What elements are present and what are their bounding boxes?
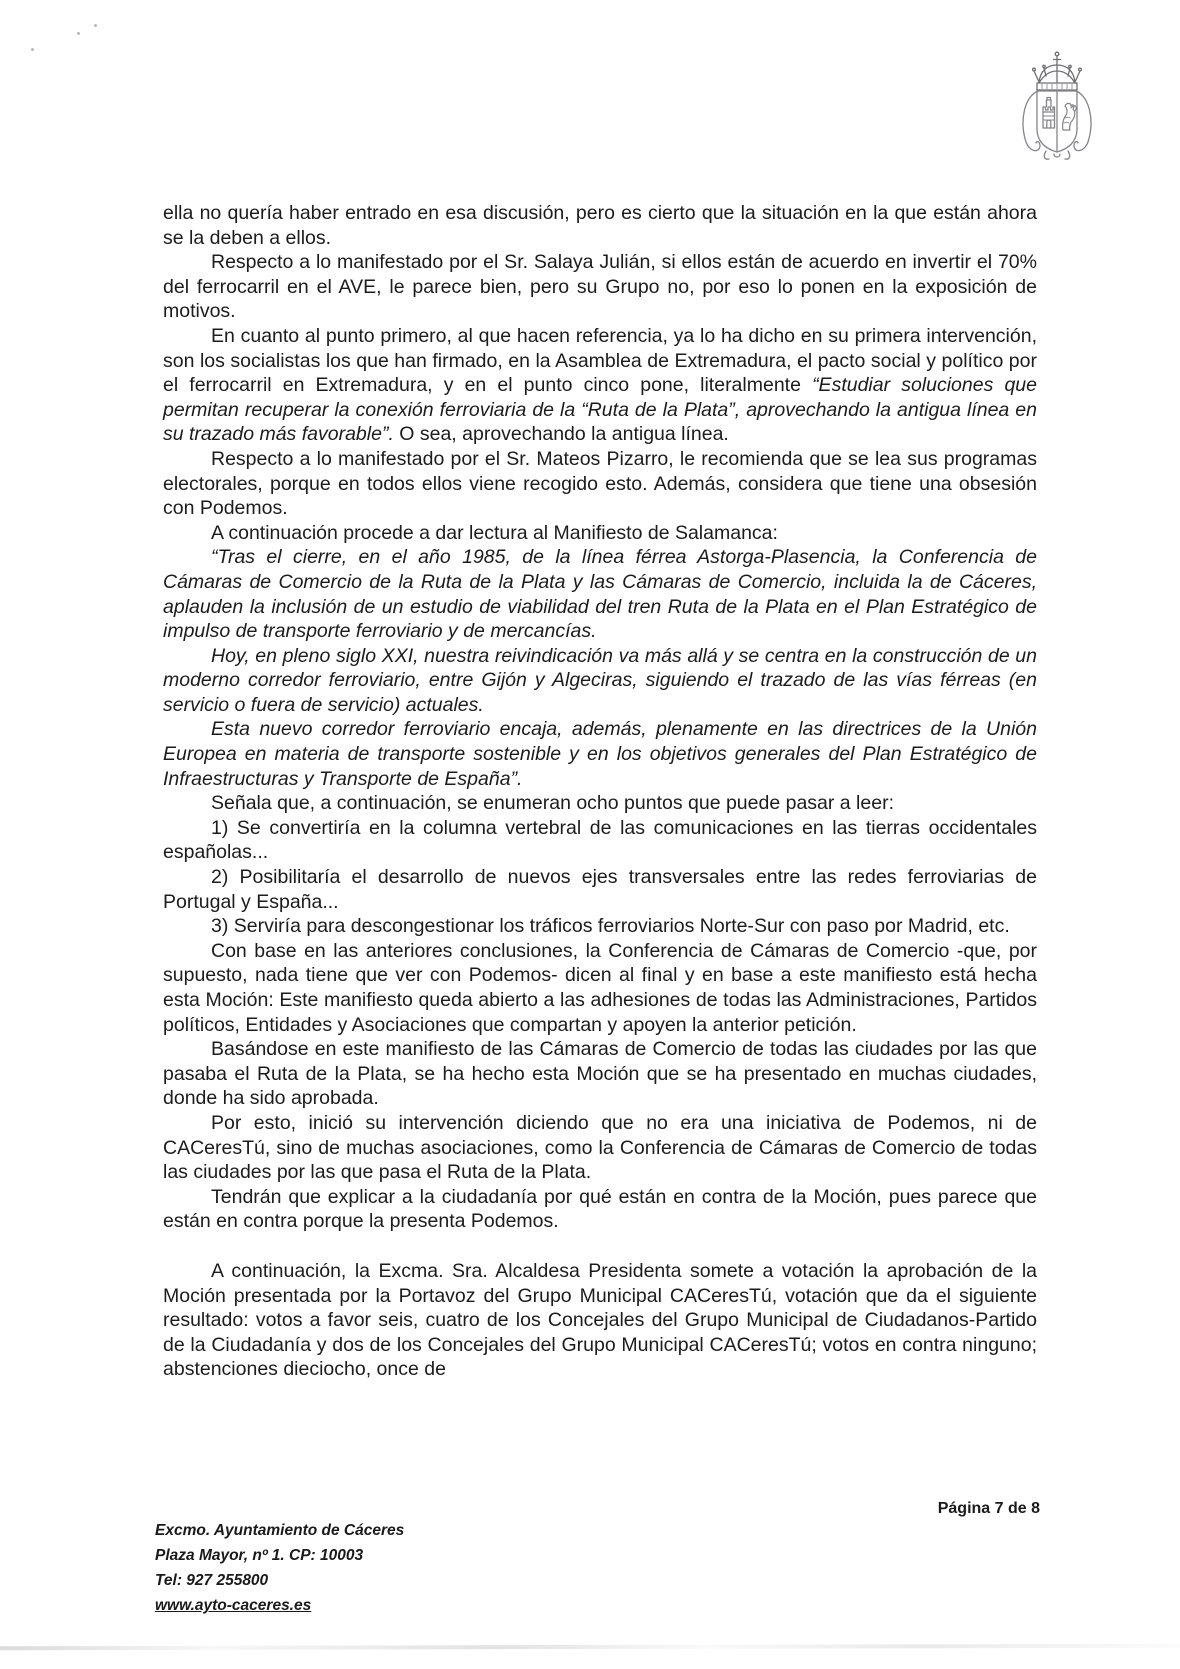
body-text: 2) Posibilitaría el desarrollo de nuevos… [163,866,1037,913]
quoted-italic-text: Hoy, en pleno siglo XXI, nuestra reivind… [163,645,1037,716]
footer-website-text: www.ayto-caceres.es [155,1593,404,1618]
footer-line: Tel: 927 255800 [155,1568,404,1593]
body-text: Basándose en este manifiesto de las Cáma… [163,1038,1037,1109]
paragraph: 1) Se convertiría en la columna vertebra… [163,816,1037,865]
footer-line: Excmo. Ayuntamiento de Cáceres [155,1518,404,1543]
body-text: Respecto a lo manifestado por el Sr. Sal… [163,251,1037,322]
quoted-italic-text: Esta nuevo corredor ferroviario encaja, … [163,718,1037,789]
paragraph: 2) Posibilitaría el desarrollo de nuevos… [163,865,1037,914]
document-body: ella no quería haber entrado en esa disc… [163,201,1037,1382]
body-text: Respecto a lo manifestado por el Sr. Mat… [163,448,1037,519]
footer-line: Plaza Mayor, nº 1. CP: 10003 [155,1543,404,1568]
paragraph: Tendrán que explicar a la ciudadanía por… [163,1185,1037,1234]
page-number: Página 7 de 8 [840,1500,1040,1518]
body-text: 1) Se convertiría en la columna vertebra… [163,817,1037,864]
footer-address-block: Excmo. Ayuntamiento de CáceresPlaza Mayo… [155,1518,404,1618]
body-text: Tendrán que explicar a la ciudadanía por… [163,1186,1037,1233]
body-text: Con base en las anteriores conclusiones,… [163,940,1037,1036]
scan-artifact-line [0,1644,1180,1650]
scan-speck [77,32,80,35]
paragraph: Hoy, en pleno siglo XXI, nuestra reivind… [163,644,1037,718]
body-text: ella no quería haber entrado en esa disc… [163,202,1037,249]
body-text: A continuación, la Excma. Sra. Alcaldesa… [163,1260,1037,1380]
paragraph: A continuación, la Excma. Sra. Alcaldesa… [163,1259,1037,1382]
body-text: Señala que, a continuación, se enumeran … [211,792,894,814]
paragraph: 3) Serviría para descongestionar los trá… [163,914,1037,939]
paragraph: Señala que, a continuación, se enumeran … [163,791,1037,816]
quoted-italic-text: “Tras el cierre, en el año 1985, de la l… [163,546,1037,642]
body-text: A continuación procede a dar lectura al … [211,522,778,544]
body-text: O sea, aprovechando la antigua línea. [394,423,729,445]
paragraph: En cuanto al punto primero, al que hacen… [163,324,1037,447]
paragraph: Por esto, inició su intervención diciend… [163,1111,1037,1185]
paragraph: A continuación procede a dar lectura al … [163,521,1037,546]
body-text: 3) Serviría para descongestionar los trá… [211,915,1010,937]
paragraph: Respecto a lo manifestado por el Sr. Mat… [163,447,1037,521]
scan-speck [94,24,97,27]
caceres-coat-of-arms-icon [1013,50,1101,165]
scanned-document-page: ella no quería haber entrado en esa disc… [0,0,1180,1669]
body-text: Por esto, inició su intervención diciend… [163,1112,1037,1183]
paragraph: Esta nuevo corredor ferroviario encaja, … [163,717,1037,791]
paragraph: Basándose en este manifiesto de las Cáma… [163,1037,1037,1111]
scan-speck [31,48,34,51]
paragraph: Respecto a lo manifestado por el Sr. Sal… [163,250,1037,324]
paragraph: Con base en las anteriores conclusiones,… [163,939,1037,1037]
paragraph: “Tras el cierre, en el año 1985, de la l… [163,545,1037,643]
paragraph: ella no quería haber entrado en esa disc… [163,201,1037,250]
